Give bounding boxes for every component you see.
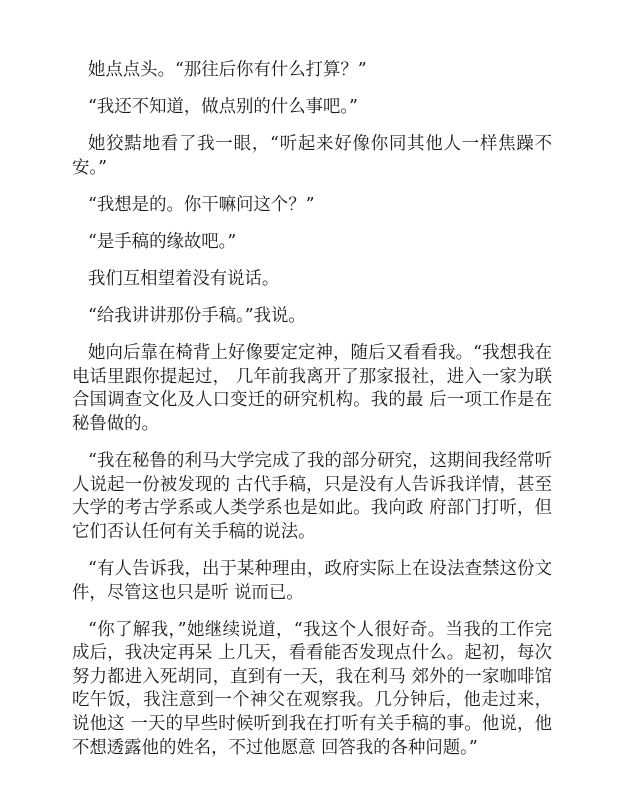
paragraph: “你了解我，”她继续说道，“我这个人很好奇。当我的工作完成后，我决定再呆 上几天… xyxy=(72,619,552,761)
paragraph: “我在秘鲁的利马大学完成了我的部分研究，这期间我经常听人说起一份被发现的 古代手… xyxy=(72,450,552,544)
paragraph: “有人告诉我，出于某种理由，政府实际上在设法查禁这份文件，尽管这也只是听 说而已… xyxy=(72,558,552,605)
paragraph: “我想是的。你干嘛问这个？” xyxy=(72,194,552,218)
paragraph: “我还不知道，做点别的什么事吧。” xyxy=(72,96,552,120)
paragraph: “给我讲讲那份手稿。”我说。 xyxy=(72,305,552,329)
paragraph: “是手稿的缘故吧。” xyxy=(72,231,552,255)
paragraph: 我们互相望着没有说话。 xyxy=(72,268,552,292)
paragraph: 她向后靠在椅背上好像要定定神，随后又看看我。“我想我在电话里跟你提起过， 几年前… xyxy=(72,342,552,436)
paragraph: 她点点头。“那往后你有什么打算？” xyxy=(72,59,552,83)
document-page: 她点点头。“那往后你有什么打算？” “我还不知道，做点别的什么事吧。” 她狡黠地… xyxy=(72,59,552,774)
paragraph: 她狡黠地看了我一眼，“听起来好像你同其他人一样焦躁不安。” xyxy=(72,133,552,180)
